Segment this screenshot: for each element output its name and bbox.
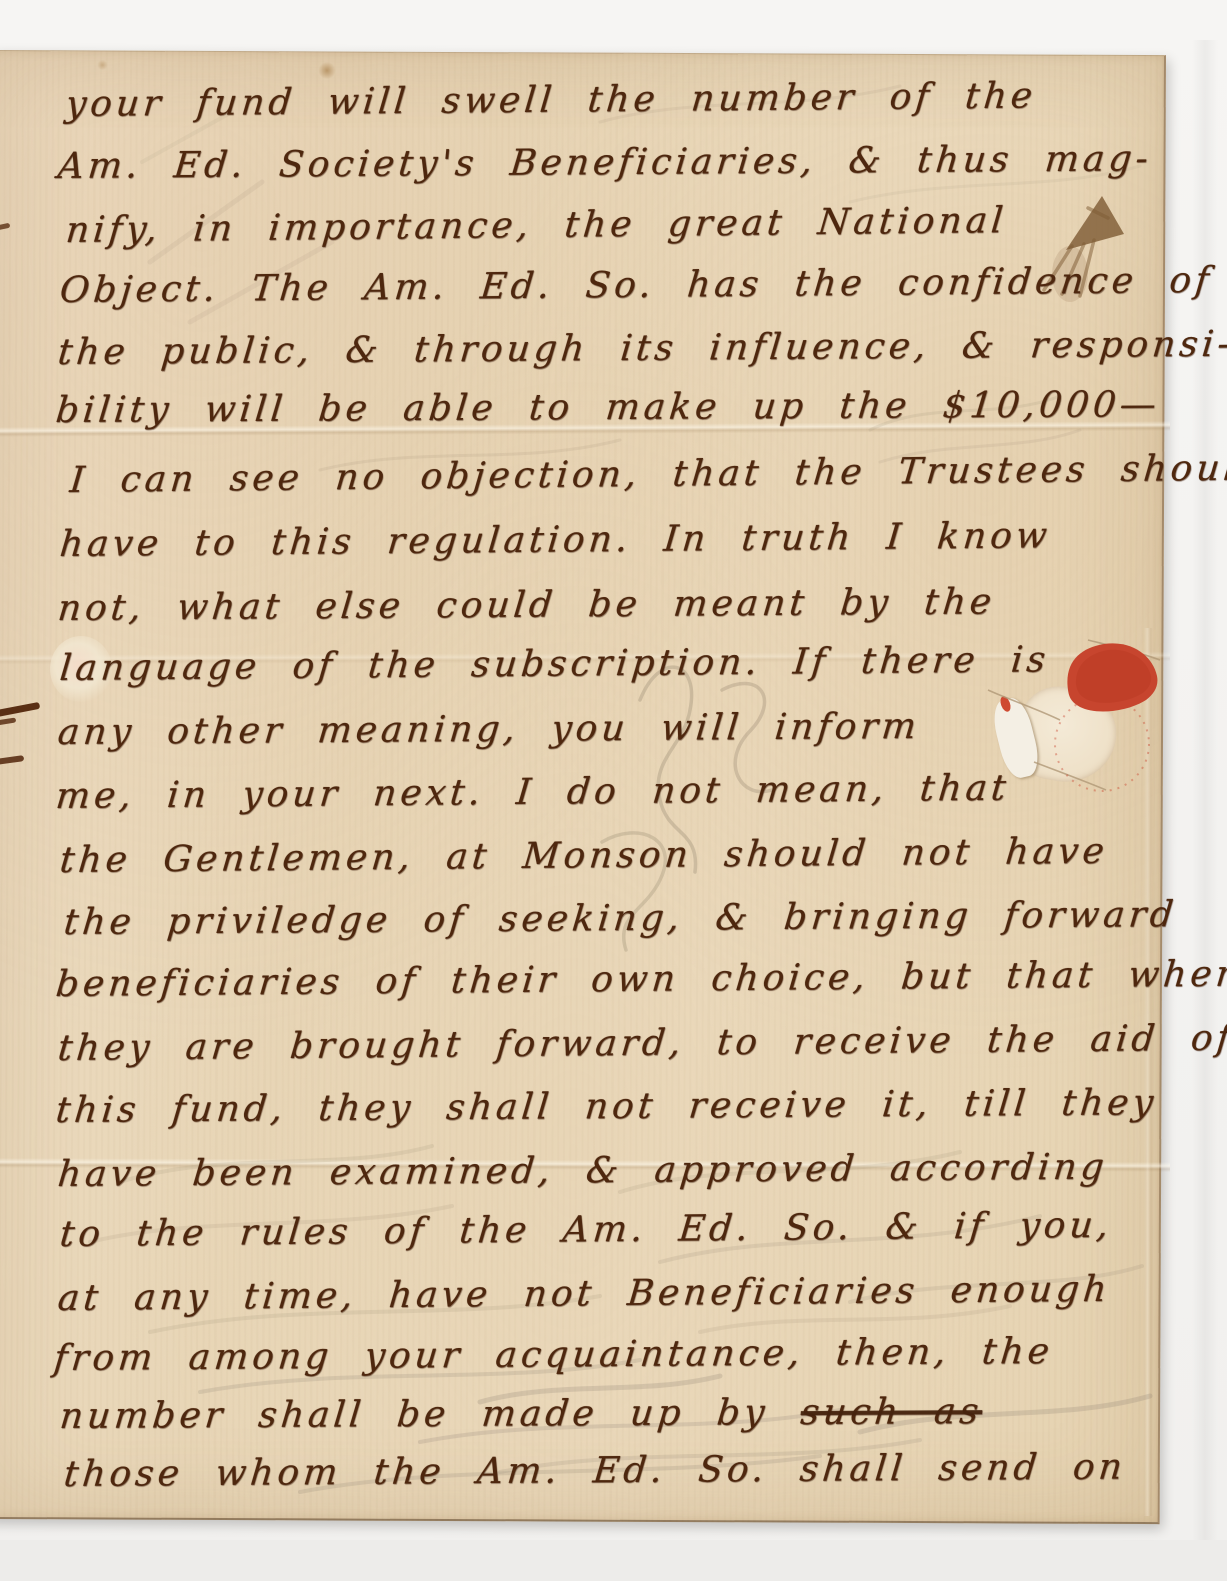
handwritten-line: have to this regulation. In truth I know (58, 517, 1052, 563)
handwritten-line: the priviledge of seeking, & bringing fo… (62, 896, 1179, 942)
handwritten-line: this fund, they shall not receive it, ti… (54, 1084, 1159, 1130)
handwritten-line: me, in your next. I do not mean, that (54, 770, 1011, 816)
handwritten-line: number shall be made up by such as (58, 1393, 984, 1436)
handwritten-line: the public, & through its influence, & r… (56, 326, 1227, 372)
handwritten-line: the Gentlemen, at Monson should not have (58, 833, 1110, 880)
handwritten-line: have been examined, & approved according (56, 1149, 1109, 1194)
handwritten-line: Am. Ed. Society's Beneficiaries, & thus … (56, 140, 1154, 185)
handwritten-line: not, what else could be meant by the (56, 583, 997, 627)
scanner-shadow-band (0, 1540, 1227, 1581)
handwritten-line: those whom the Am. Ed. So. shall send on (62, 1449, 1128, 1494)
handwritten-line: at any time, have not Beneficiaries enou… (56, 1271, 1112, 1318)
handwritten-line: from among your acquaintance, then, the (52, 1333, 1055, 1378)
handwritten-line: language of the subscription. If there i… (58, 641, 1051, 687)
handwritten-line: bility will be able to make up the $10,0… (54, 386, 1162, 430)
struck-out-words: such as (799, 1391, 984, 1433)
handwritten-line: your fund will swell the number of the (64, 78, 1038, 124)
handwritten-line: any other meaning, you will inform (56, 708, 922, 752)
handwritten-line: to the rules of the Am. Ed. So. & if you… (58, 1207, 1114, 1254)
letter-scan: your fund will swell the number of the A… (0, 0, 1227, 1581)
handwritten-text: number shall be made up by (58, 1392, 803, 1437)
